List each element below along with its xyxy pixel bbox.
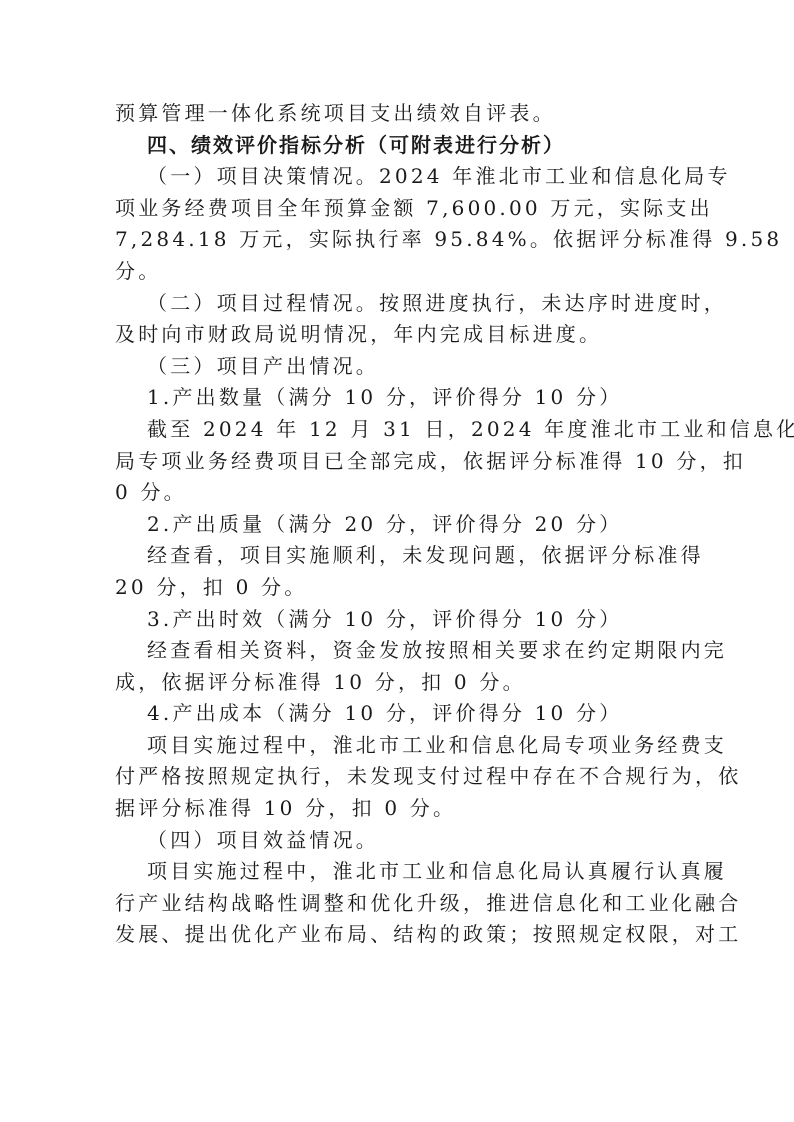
text-line-output-cost-cont: 付严格按照规定执行，未发现支付过程中存在不合规行为，依 <box>115 761 683 793</box>
section-heading-performance-indicator-analysis: 四、绩效评价指标分析（可附表进行分析） <box>115 130 683 162</box>
text-line-budget-amount: 项业务经费项目全年预算金额 7,600.00 万元，实际支出 <box>115 193 683 225</box>
text-line-output-quantity-cont: 局专项业务经费项目已全部完成，依据评分标准得 10 分，扣 <box>115 446 683 478</box>
text-line-decision-score-tail: 分。 <box>115 256 683 288</box>
paragraph-project-process: （二）项目过程情况。按照进度执行，未达序时进度时， <box>115 288 683 320</box>
paragraph-project-decision: （一）项目决策情况。2024 年淮北市工业和信息化局专 <box>115 161 683 193</box>
text-line-output-quantity-tail: 0 分。 <box>115 477 683 509</box>
text-line-output-timeliness-tail: 成，依据评分标准得 10 分，扣 0 分。 <box>115 667 683 699</box>
subheading-project-benefit: （四）项目效益情况。 <box>115 825 683 857</box>
subheading-output-cost: 4.产出成本（满分 10 分，评价得分 10 分） <box>115 698 683 730</box>
subheading-output-quality: 2.产出质量（满分 20 分，评价得分 20 分） <box>115 509 683 541</box>
text-line-project-benefit-cont: 行产业结构战略性调整和优化升级，推进信息化和工业化融合 <box>115 888 683 920</box>
subheading-output-timeliness: 3.产出时效（满分 10 分，评价得分 10 分） <box>115 604 683 636</box>
paragraph-output-quality: 经查看，项目实施顺利，未发现问题，依据评分标准得 <box>115 540 683 572</box>
subheading-output-quantity: 1.产出数量（满分 10 分，评价得分 10 分） <box>115 382 683 414</box>
paragraph-output-quantity: 截至 2024 年 12 月 31 日，2024 年度淮北市工业和信息化 <box>115 414 683 446</box>
text-line-actual-expenditure: 7,284.18 万元，实际执行率 95.84%。依据评分标准得 9.58 <box>115 224 683 256</box>
text-line-output-cost-tail: 据评分标准得 10 分，扣 0 分。 <box>115 793 683 825</box>
text-line-intro-tail: 预算管理一体化系统项目支出绩效自评表。 <box>115 98 683 130</box>
paragraph-project-benefit: 项目实施过程中，淮北市工业和信息化局认真履行认真履 <box>115 856 683 888</box>
document-body: 预算管理一体化系统项目支出绩效自评表。 四、绩效评价指标分析（可附表进行分析） … <box>115 98 683 951</box>
text-line-process-tail: 及时向市财政局说明情况，年内完成目标进度。 <box>115 319 683 351</box>
paragraph-output-timeliness: 经查看相关资料，资金发放按照相关要求在约定期限内完 <box>115 635 683 667</box>
document-page: 预算管理一体化系统项目支出绩效自评表。 四、绩效评价指标分析（可附表进行分析） … <box>0 0 794 1122</box>
text-line-output-quality-tail: 20 分，扣 0 分。 <box>115 572 683 604</box>
text-line-project-benefit-cont-2: 发展、提出优化产业布局、结构的政策；按照规定权限，对工 <box>115 919 683 951</box>
subheading-project-output: （三）项目产出情况。 <box>115 351 683 383</box>
paragraph-output-cost: 项目实施过程中，淮北市工业和信息化局专项业务经费支 <box>115 730 683 762</box>
